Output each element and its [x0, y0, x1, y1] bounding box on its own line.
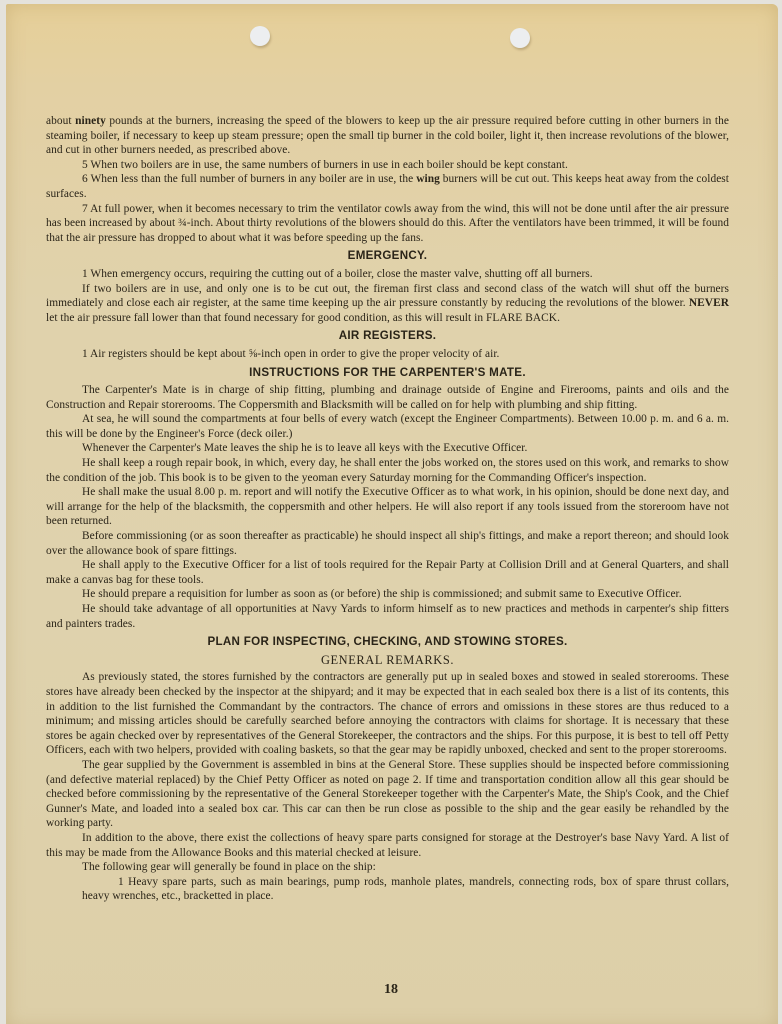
- paragraph: 6 When less than the full number of burn…: [46, 172, 729, 201]
- paragraph: about ninety pounds at the burners, incr…: [46, 114, 729, 158]
- paragraph: He should prepare a requisition for lumb…: [46, 587, 729, 602]
- text-run: The gear supplied by the Government is a…: [46, 759, 729, 829]
- paragraph: The following gear will generally be fou…: [46, 860, 729, 875]
- text-run: Whenever the Carpenter's Mate leaves the…: [82, 442, 527, 454]
- section-heading: INSTRUCTIONS FOR THE CARPENTER'S MATE.: [46, 366, 729, 381]
- paragraph: He shall apply to the Executive Officer …: [46, 558, 729, 587]
- text-run: 1 When emergency occurs, requiring the c…: [82, 268, 593, 280]
- list-item: 1 Heavy spare parts, such as main bearin…: [46, 875, 729, 904]
- text-run: At sea, he will sound the compartments a…: [46, 413, 729, 440]
- paragraph: Before commissioning (or as soon thereaf…: [46, 529, 729, 558]
- text-run: In addition to the above, there exist th…: [46, 832, 729, 859]
- section-heading: PLAN FOR INSPECTING, CHECKING, AND STOWI…: [46, 635, 729, 650]
- paragraph: If two boilers are in use, and only one …: [46, 282, 729, 326]
- text-run: 5 When two boilers are in use, the same …: [82, 159, 568, 171]
- paragraph: 1 When emergency occurs, requiring the c…: [46, 267, 729, 282]
- text-run: He shall make the usual 8.00 p. m. repor…: [46, 486, 729, 527]
- text-run: He should prepare a requisition for lumb…: [82, 588, 682, 600]
- text-run: Before commissioning (or as soon thereaf…: [46, 530, 729, 557]
- text-run: about: [46, 115, 75, 127]
- paragraph: He shall make the usual 8.00 p. m. repor…: [46, 485, 729, 529]
- text-run: 7 At full power, when it becomes necessa…: [46, 203, 729, 244]
- paragraph: 7 At full power, when it becomes necessa…: [46, 202, 729, 246]
- punch-hole-right: [510, 28, 530, 48]
- section-subheading: GENERAL REMARKS.: [46, 653, 729, 668]
- text-run: As previously stated, the stores furnish…: [46, 671, 729, 756]
- document-body: about ninety pounds at the burners, incr…: [46, 114, 729, 904]
- paragraph: 5 When two boilers are in use, the same …: [46, 158, 729, 173]
- paragraph: In addition to the above, there exist th…: [46, 831, 729, 860]
- text-run: He shall keep a rough repair book, in wh…: [46, 457, 729, 484]
- paragraph: He shall keep a rough repair book, in wh…: [46, 456, 729, 485]
- section-heading: AIR REGISTERS.: [46, 329, 729, 344]
- punch-hole-left: [250, 26, 270, 46]
- page-number: 18: [0, 982, 782, 998]
- text-run: pounds at the burners, increasing the sp…: [46, 115, 729, 156]
- text-run: 1 Air registers should be kept about ⅝-i…: [82, 348, 499, 360]
- paragraph: At sea, he will sound the compartments a…: [46, 412, 729, 441]
- section-heading: EMERGENCY.: [46, 249, 729, 264]
- emphasis-text: ninety: [75, 115, 106, 127]
- paragraph: The Carpenter's Mate is in charge of shi…: [46, 383, 729, 412]
- paragraph: He should take advantage of all opportun…: [46, 602, 729, 631]
- text-run: The Carpenter's Mate is in charge of shi…: [46, 384, 729, 411]
- text-run: If two boilers are in use, and only one …: [46, 283, 729, 310]
- text-run: 1 Heavy spare parts, such as main bearin…: [82, 876, 729, 903]
- paragraph: Whenever the Carpenter's Mate leaves the…: [46, 441, 729, 456]
- text-run: let the air pressure fall lower than tha…: [46, 312, 560, 324]
- emphasis-text: wing: [416, 173, 440, 185]
- paragraph: The gear supplied by the Government is a…: [46, 758, 729, 831]
- paragraph: As previously stated, the stores furnish…: [46, 670, 729, 758]
- text-run: The following gear will generally be fou…: [82, 861, 376, 873]
- text-run: He should take advantage of all opportun…: [46, 603, 729, 630]
- paragraph: 1 Air registers should be kept about ⅝-i…: [46, 347, 729, 362]
- text-run: 6 When less than the full number of burn…: [82, 173, 416, 185]
- text-run: He shall apply to the Executive Officer …: [46, 559, 729, 586]
- emphasis-text: NEVER: [689, 297, 729, 309]
